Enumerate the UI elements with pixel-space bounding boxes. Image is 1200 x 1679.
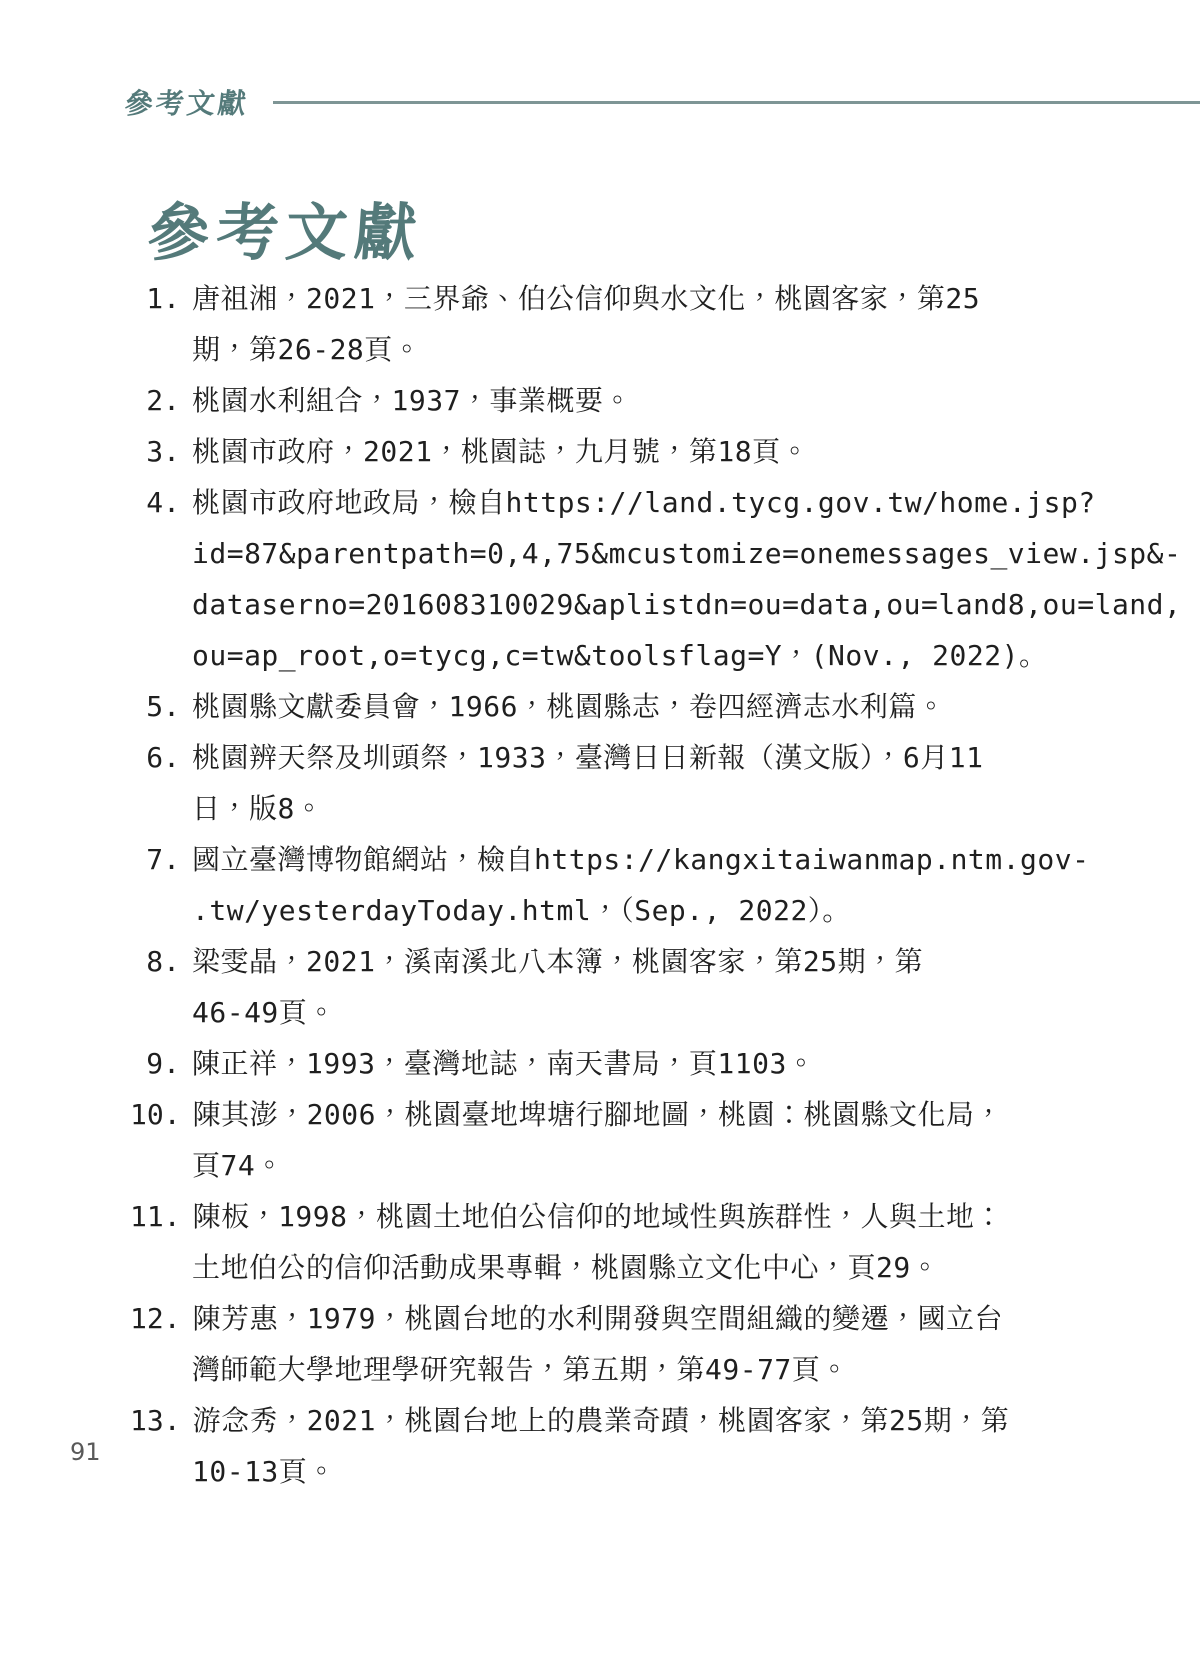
reference-text: dataserno=201608310029&aplistdn=ou=data,… (192, 579, 1181, 630)
reference-number: 8. (130, 936, 180, 987)
reference-line: ou=ap_root,o=tycg,c=tw&toolsflag=Y，(Nov.… (130, 630, 1150, 681)
reference-text: 10-13頁。 (192, 1446, 336, 1497)
reference-line: 10-13頁。 (130, 1446, 1150, 1497)
reference-line: 6.桃園辨天祭及圳頭祭，1933，臺灣日日新報（漢文版），6月11 (130, 732, 1150, 783)
reference-text: 唐祖湘，2021，三界爺、伯公信仰與水文化，桃園客家，第25 (192, 273, 980, 324)
reference-number: 12. (130, 1293, 181, 1344)
reference-line: 土地伯公的信仰活動成果專輯，桃園縣立文化中心，頁29。 (130, 1242, 1150, 1293)
reference-number: 10. (130, 1089, 181, 1140)
reference-text: 游念秀，2021，桃園台地上的農業奇蹟，桃園客家，第25期，第 (193, 1395, 1010, 1446)
reference-number: 2. (130, 375, 180, 426)
reference-item: 13.游念秀，2021，桃園台地上的農業奇蹟，桃園客家，第25期，第10-13頁… (130, 1395, 1150, 1497)
reference-item: 2.桃園水利組合，1937，事業概要。 (130, 375, 1150, 426)
reference-text: 桃園市政府地政局，檢自https://land.tycg.gov.tw/home… (192, 477, 1096, 528)
reference-line: id=87&parentpath=0,4,75&mcustomize=oneme… (130, 528, 1150, 579)
reference-item: 9.陳正祥，1993，臺灣地誌，南天書局，頁1103。 (130, 1038, 1150, 1089)
reference-text: 桃園市政府，2021，桃園誌，九月號，第18頁。 (192, 426, 809, 477)
reference-text: 陳正祥，1993，臺灣地誌，南天書局，頁1103。 (192, 1038, 815, 1089)
reference-text: 陳其澎，2006，桃園臺地埤塘行腳地圖，桃園：桃園縣文化局， (193, 1089, 1003, 1140)
reference-line: 1.唐祖湘，2021，三界爺、伯公信仰與水文化，桃園客家，第25 (130, 273, 1150, 324)
reference-number: 7. (130, 834, 180, 885)
reference-text: .tw/yesterdayToday.html，（Sep., 2022）。 (192, 885, 851, 936)
reference-line: 10.陳其澎，2006，桃園臺地埤塘行腳地圖，桃園：桃園縣文化局， (130, 1089, 1150, 1140)
reference-item: 8.梁雯晶，2021，溪南溪北八本簿，桃園客家，第25期，第46-49頁。 (130, 936, 1150, 1038)
reference-line: 11.陳板，1998，桃園土地伯公信仰的地域性與族群性，人與土地： (130, 1191, 1150, 1242)
reference-text: 灣師範大學地理學研究報告，第五期，第49-77頁。 (192, 1344, 849, 1395)
reference-item: 7.國立臺灣博物館網站，檢自https://kangxitaiwanmap.nt… (130, 834, 1150, 936)
reference-item: 11.陳板，1998，桃園土地伯公信仰的地域性與族群性，人與土地：土地伯公的信仰… (130, 1191, 1150, 1293)
reference-text: 國立臺灣博物館網站，檢自https://kangxitaiwanmap.ntm.… (192, 834, 1089, 885)
reference-line: 3.桃園市政府，2021，桃園誌，九月號，第18頁。 (130, 426, 1150, 477)
reference-number: 5. (130, 681, 180, 732)
reference-text: ou=ap_root,o=tycg,c=tw&toolsflag=Y，(Nov.… (192, 630, 1047, 681)
reference-line: .tw/yesterdayToday.html，（Sep., 2022）。 (130, 885, 1150, 936)
reference-text: 桃園縣文獻委員會，1966，桃園縣志，卷四經濟志水利篇。 (192, 681, 945, 732)
reference-line: 8.梁雯晶，2021，溪南溪北八本簿，桃園客家，第25期，第 (130, 936, 1150, 987)
reference-line: 期，第26-28頁。 (130, 324, 1150, 375)
reference-number: 4. (130, 477, 180, 528)
reference-line: 日，版8。 (130, 783, 1150, 834)
reference-text: 桃園辨天祭及圳頭祭，1933，臺灣日日新報（漢文版），6月11 (192, 732, 984, 783)
reference-number: 1. (130, 273, 180, 324)
reference-number: 13. (130, 1395, 181, 1446)
section-title: 參考文獻 (145, 183, 427, 272)
reference-line: 46-49頁。 (130, 987, 1150, 1038)
reference-line: 灣師範大學地理學研究報告，第五期，第49-77頁。 (130, 1344, 1150, 1395)
reference-item: 5.桃園縣文獻委員會，1966，桃園縣志，卷四經濟志水利篇。 (130, 681, 1150, 732)
reference-text: id=87&parentpath=0,4,75&mcustomize=oneme… (192, 528, 1181, 579)
reference-line: 13.游念秀，2021，桃園台地上的農業奇蹟，桃園客家，第25期，第 (130, 1395, 1150, 1446)
reference-item: 1.唐祖湘，2021，三界爺、伯公信仰與水文化，桃園客家，第25期，第26-28… (130, 273, 1150, 375)
reference-item: 6.桃園辨天祭及圳頭祭，1933，臺灣日日新報（漢文版），6月11日，版8。 (130, 732, 1150, 834)
reference-line: 頁74。 (130, 1140, 1150, 1191)
reference-line: 5.桃園縣文獻委員會，1966，桃園縣志，卷四經濟志水利篇。 (130, 681, 1150, 732)
reference-text: 日，版8。 (192, 783, 323, 834)
reference-text: 期，第26-28頁。 (192, 324, 421, 375)
reference-text: 陳板，1998，桃園土地伯公信仰的地域性與族群性，人與土地： (193, 1191, 1003, 1242)
reference-line: 7.國立臺灣博物館網站，檢自https://kangxitaiwanmap.nt… (130, 834, 1150, 885)
reference-text: 桃園水利組合，1937，事業概要。 (192, 375, 632, 426)
reference-line: 9.陳正祥，1993，臺灣地誌，南天書局，頁1103。 (130, 1038, 1150, 1089)
running-header: 參考文獻 (125, 84, 1200, 120)
reference-number: 6. (130, 732, 180, 783)
reference-text: 陳芳惠，1979，桃園台地的水利開發與空間組織的變遷，國立台 (193, 1293, 1003, 1344)
reference-item: 12.陳芳惠，1979，桃園台地的水利開發與空間組織的變遷，國立台灣師範大學地理… (130, 1293, 1150, 1395)
reference-line: 12.陳芳惠，1979，桃園台地的水利開發與空間組織的變遷，國立台 (130, 1293, 1150, 1344)
reference-text: 46-49頁。 (192, 987, 336, 1038)
reference-text: 梁雯晶，2021，溪南溪北八本簿，桃園客家，第25期，第 (192, 936, 923, 987)
reference-number: 3. (130, 426, 180, 477)
reference-item: 10.陳其澎，2006，桃園臺地埤塘行腳地圖，桃園：桃園縣文化局，頁74。 (130, 1089, 1150, 1191)
reference-item: 4.桃園市政府地政局，檢自https://land.tycg.gov.tw/ho… (130, 477, 1150, 681)
document-page: 參考文獻 參考文獻 1.唐祖湘，2021，三界爺、伯公信仰與水文化，桃園客家，第… (0, 0, 1200, 1679)
reference-text: 土地伯公的信仰活動成果專輯，桃園縣立文化中心，頁29。 (192, 1242, 939, 1293)
page-number: 91 (70, 1438, 101, 1466)
reference-line: dataserno=201608310029&aplistdn=ou=data,… (130, 579, 1150, 630)
reference-item: 3.桃園市政府，2021，桃園誌，九月號，第18頁。 (130, 426, 1150, 477)
header-rule (273, 101, 1200, 104)
reference-list: 1.唐祖湘，2021，三界爺、伯公信仰與水文化，桃園客家，第25期，第26-28… (130, 273, 1150, 1497)
running-header-title: 參考文獻 (123, 82, 251, 122)
reference-number: 9. (130, 1038, 180, 1089)
reference-line: 2.桃園水利組合，1937，事業概要。 (130, 375, 1150, 426)
reference-number: 11. (130, 1191, 181, 1242)
reference-line: 4.桃園市政府地政局，檢自https://land.tycg.gov.tw/ho… (130, 477, 1150, 528)
reference-text: 頁74。 (192, 1140, 284, 1191)
